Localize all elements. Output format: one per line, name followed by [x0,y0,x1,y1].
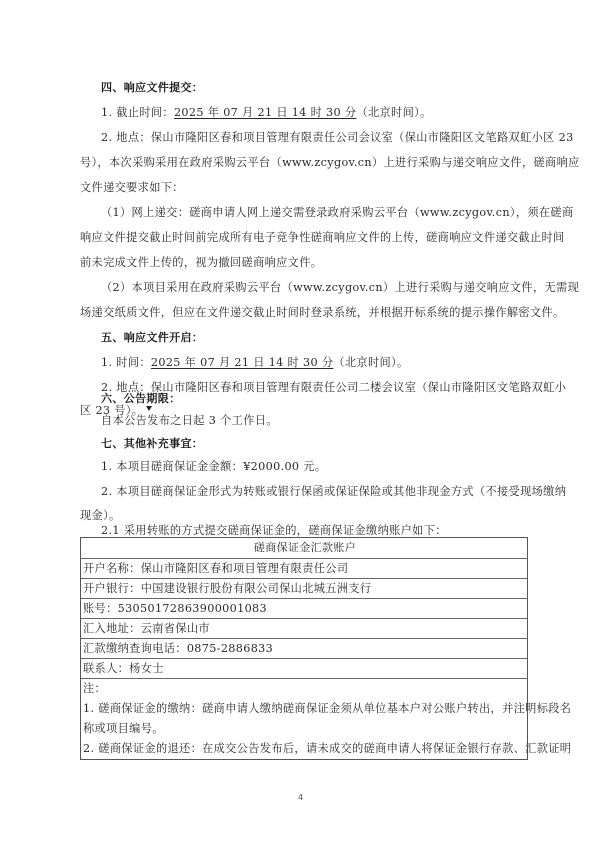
note-1-line-2: 称或项目编号。 [81,719,527,739]
cursor-mark-icon [146,406,152,411]
table-row-account-number: 账号：53050172863900001083 [81,598,527,618]
section-4-sub-1-line-2: 响应文件提交截止时间前完成所有电子竞争性磋商响应文件的上传，磋商响应文件递交截止… [80,231,565,245]
table-row-phone: 汇款缴纳查询电话：0875-2886833 [81,638,527,658]
section-4-item-2-line-2: 号），本次采购采用在政府采购云平台（www.zcygov.cn）上进行采购与递交… [80,156,580,170]
deposit-account-table: 磋商保证金汇款账户 开户名称：保山市隆阳区春和项目管理有限责任公司 开户银行：中… [80,537,528,760]
section-5-item-1: 1. 时间：2025 年 07 月 21 日 14 时 30 分（北京时间）。 [101,356,409,370]
note-1-line-1: 1. 磋商保证金的缴纳：磋商申请人缴纳磋商保证金须从单位基本户对公账户转出，并注… [81,699,527,719]
section-7-item-2-line-2: 现金）。 [80,509,121,523]
opening-time-label: 1. 时间： [101,356,151,369]
section-7-item-2-line-1: 2. 本项目磋商保证金形式为转账或银行保函或保证保险或其他非现金方式（不接受现场… [101,485,566,499]
opening-time-date: 2025 年 07 月 21 日 14 时 30 分 [151,356,333,369]
section-4-item-1: 1. 截止时间：2025 年 07 月 21 日 14 时 30 分（北京时间）… [101,106,432,120]
section-6-heading: 六、公告期限： [101,392,180,406]
section-7-heading: 七、其他补充事宜： [101,437,203,451]
section-4-sub-2-line-1: （2）本项目采用在政府采购云平台（www.zcygov.cn）上进行采购与递交响… [101,281,579,295]
document-page: 四、响应文件提交： 1. 截止时间：2025 年 07 月 21 日 14 时 … [0,0,600,848]
note-2-line-1: 2. 磋商保证金的退还：在成交公告发布后，请未成交的磋商申请人将保证金银行存款、… [81,739,527,759]
deadline-date: 2025 年 07 月 21 日 14 时 30 分 [174,106,356,119]
table-title: 磋商保证金汇款账户 [81,538,527,558]
section-5-heading: 五、响应文件开启： [101,331,203,345]
deadline-label: 1. 截止时间： [101,106,174,119]
section-6-text: 自本公告发布之日起 3 个工作日。 [101,414,278,428]
section-4-heading: 四、响应文件提交： [101,81,203,95]
deadline-suffix: （北京时间）。 [356,106,431,119]
section-4-sub-2-line-2: 场递交纸质文件，但应在文件递交截止时间时登录系统，并根据开标系统的提示操作解密文… [80,306,565,320]
table-notes: 注： 1. 磋商保证金的缴纳：磋商申请人缴纳磋商保证金须从单位基本户对公账户转出… [81,678,527,759]
section-7-item-1: 1. 本项目磋商保证金金额：¥2000.00 元。 [101,460,326,474]
table-row-contact: 联系人：杨女士 [81,658,527,678]
section-7-item-2-1: 2.1 采用转账的方式提交磋商保证金的，磋商保证金缴纳账户如下： [101,524,447,538]
table-row-account-name: 开户名称：保山市隆阳区春和项目管理有限责任公司 [81,558,527,578]
note-label: 注： [81,679,527,699]
table-row-address: 汇入地址：云南省保山市 [81,618,527,638]
section-4-item-2-line-1: 2. 地点：保山市隆阳区春和项目管理有限责任公司会议室（保山市隆阳区文笔路双虹小… [101,131,574,145]
opening-time-suffix: （北京时间）。 [333,356,408,369]
page-number: 4 [298,793,303,802]
section-4-sub-1-line-3: 前未完成文件上传的，视为撤回磋商响应文件。 [80,256,322,270]
table-row-bank: 开户银行：中国建设银行股份有限公司保山北城五洲支行 [81,578,527,598]
section-4-sub-1-line-1: （1）网上递交：磋商申请人网上递交需登录政府采购云平台（www.zcygov.c… [101,206,574,220]
section-4-item-2-line-3: 文件递交要求如下： [80,181,184,195]
